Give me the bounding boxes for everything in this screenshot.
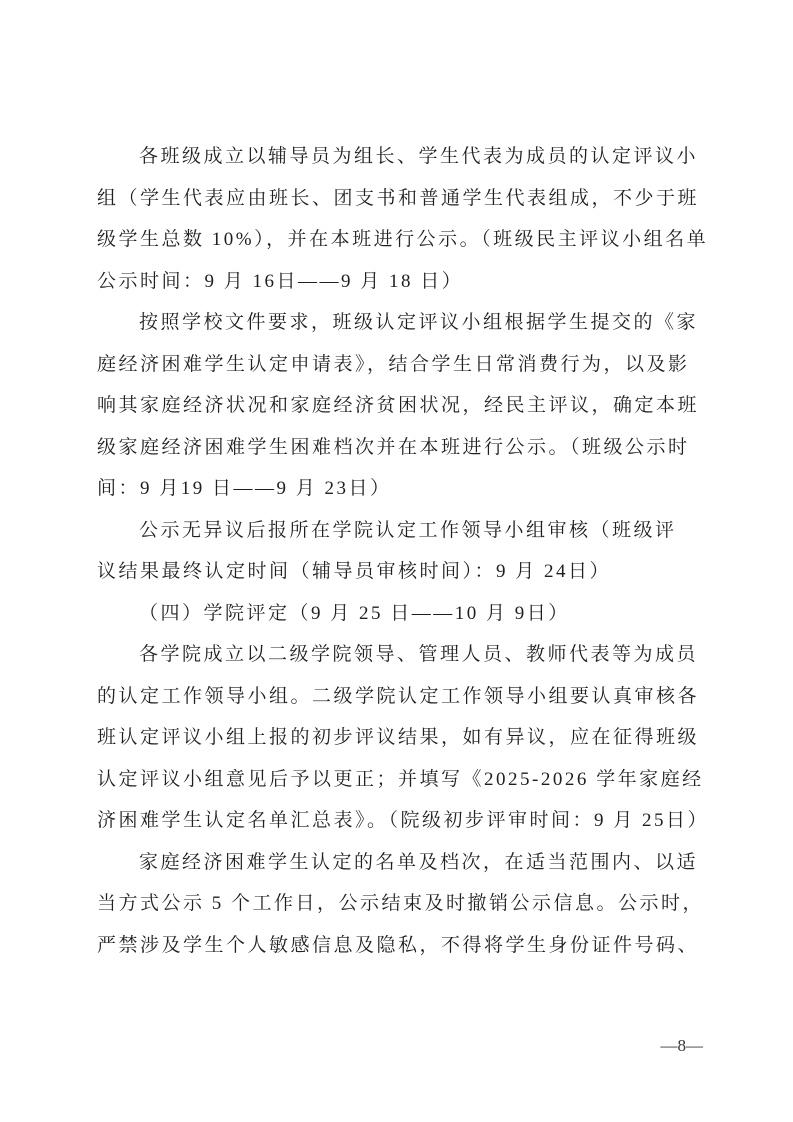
heading-college-assessment: （四）学院评定（9 月 25 日——10 月 9日）	[97, 593, 713, 635]
para-class-evaluation-process: 按照学校文件要求，班级认定评议小组根据学生提交的《家庭经济困难学生认定申请表》，…	[97, 302, 713, 510]
text-line: 级家庭经济困难学生困难档次并在本班进行公示。（班级公示时	[97, 427, 713, 469]
document-body: 各班级成立以辅导员为组长、学生代表为成员的认定评议小组（学生代表应由班长、团支书…	[97, 136, 713, 966]
text-line: 议结果最终认定时间（辅导员审核时间）：9 月 24日）	[97, 551, 713, 593]
text-line: 级学生总数 10%），并在本班进行公示。（班级民主评议小组名单	[97, 219, 713, 261]
text-line: 济困难学生认定名单汇总表》。（院级初步评审时间：9 月 25日）	[97, 800, 713, 842]
text-line: 间：9 月19 日——9 月 23日）	[97, 468, 713, 510]
para-report-to-college: 公示无异议后报所在学院认定工作领导小组审核（班级评议结果最终认定时间（辅导员审核…	[97, 510, 713, 593]
text-line: 公示时间：9 月 16日——9 月 18 日）	[97, 261, 713, 303]
text-line: 各学院成立以二级学院领导、管理人员、教师代表等为成员	[97, 634, 713, 676]
text-line: 各班级成立以辅导员为组长、学生代表为成员的认定评议小	[97, 136, 713, 178]
text-line: 当方式公示 5 个工作日，公示结束及时撤销公示信息。公示时，	[97, 883, 713, 925]
text-line: 的认定工作领导小组。二级学院认定工作领导小组要认真审核各	[97, 676, 713, 718]
text-line: 按照学校文件要求，班级认定评议小组根据学生提交的《家	[97, 302, 713, 344]
text-line: 组（学生代表应由班长、团支书和普通学生代表组成，不少于班	[97, 178, 713, 220]
document-page: 各班级成立以辅导员为组长、学生代表为成员的认定评议小组（学生代表应由班长、团支书…	[0, 0, 793, 1122]
para-publicity-privacy: 家庭经济困难学生认定的名单及档次，在适当范围内、以适当方式公示 5 个工作日，公…	[97, 842, 713, 967]
para-college-leading-group: 各学院成立以二级学院领导、管理人员、教师代表等为成员的认定工作领导小组。二级学院…	[97, 634, 713, 842]
text-line: （四）学院评定（9 月 25 日——10 月 9日）	[97, 593, 713, 635]
page-number: —8—	[661, 1036, 704, 1056]
text-line: 严禁涉及学生个人敏感信息及隐私，不得将学生身份证件号码、	[97, 925, 713, 967]
text-line: 庭经济困难学生认定申请表》，结合学生日常消费行为，以及影	[97, 344, 713, 386]
text-line: 响其家庭经济状况和家庭经济贫困状况，经民主评议，确定本班	[97, 385, 713, 427]
text-line: 公示无异议后报所在学院认定工作领导小组审核（班级评	[97, 510, 713, 552]
text-line: 认定评议小组意见后予以更正；并填写《2025-2026 学年家庭经	[97, 759, 713, 801]
text-line: 家庭经济困难学生认定的名单及档次，在适当范围内、以适	[97, 842, 713, 884]
text-line: 班认定评议小组上报的初步评议结果，如有异议，应在征得班级	[97, 717, 713, 759]
para-class-review-group: 各班级成立以辅导员为组长、学生代表为成员的认定评议小组（学生代表应由班长、团支书…	[97, 136, 713, 302]
